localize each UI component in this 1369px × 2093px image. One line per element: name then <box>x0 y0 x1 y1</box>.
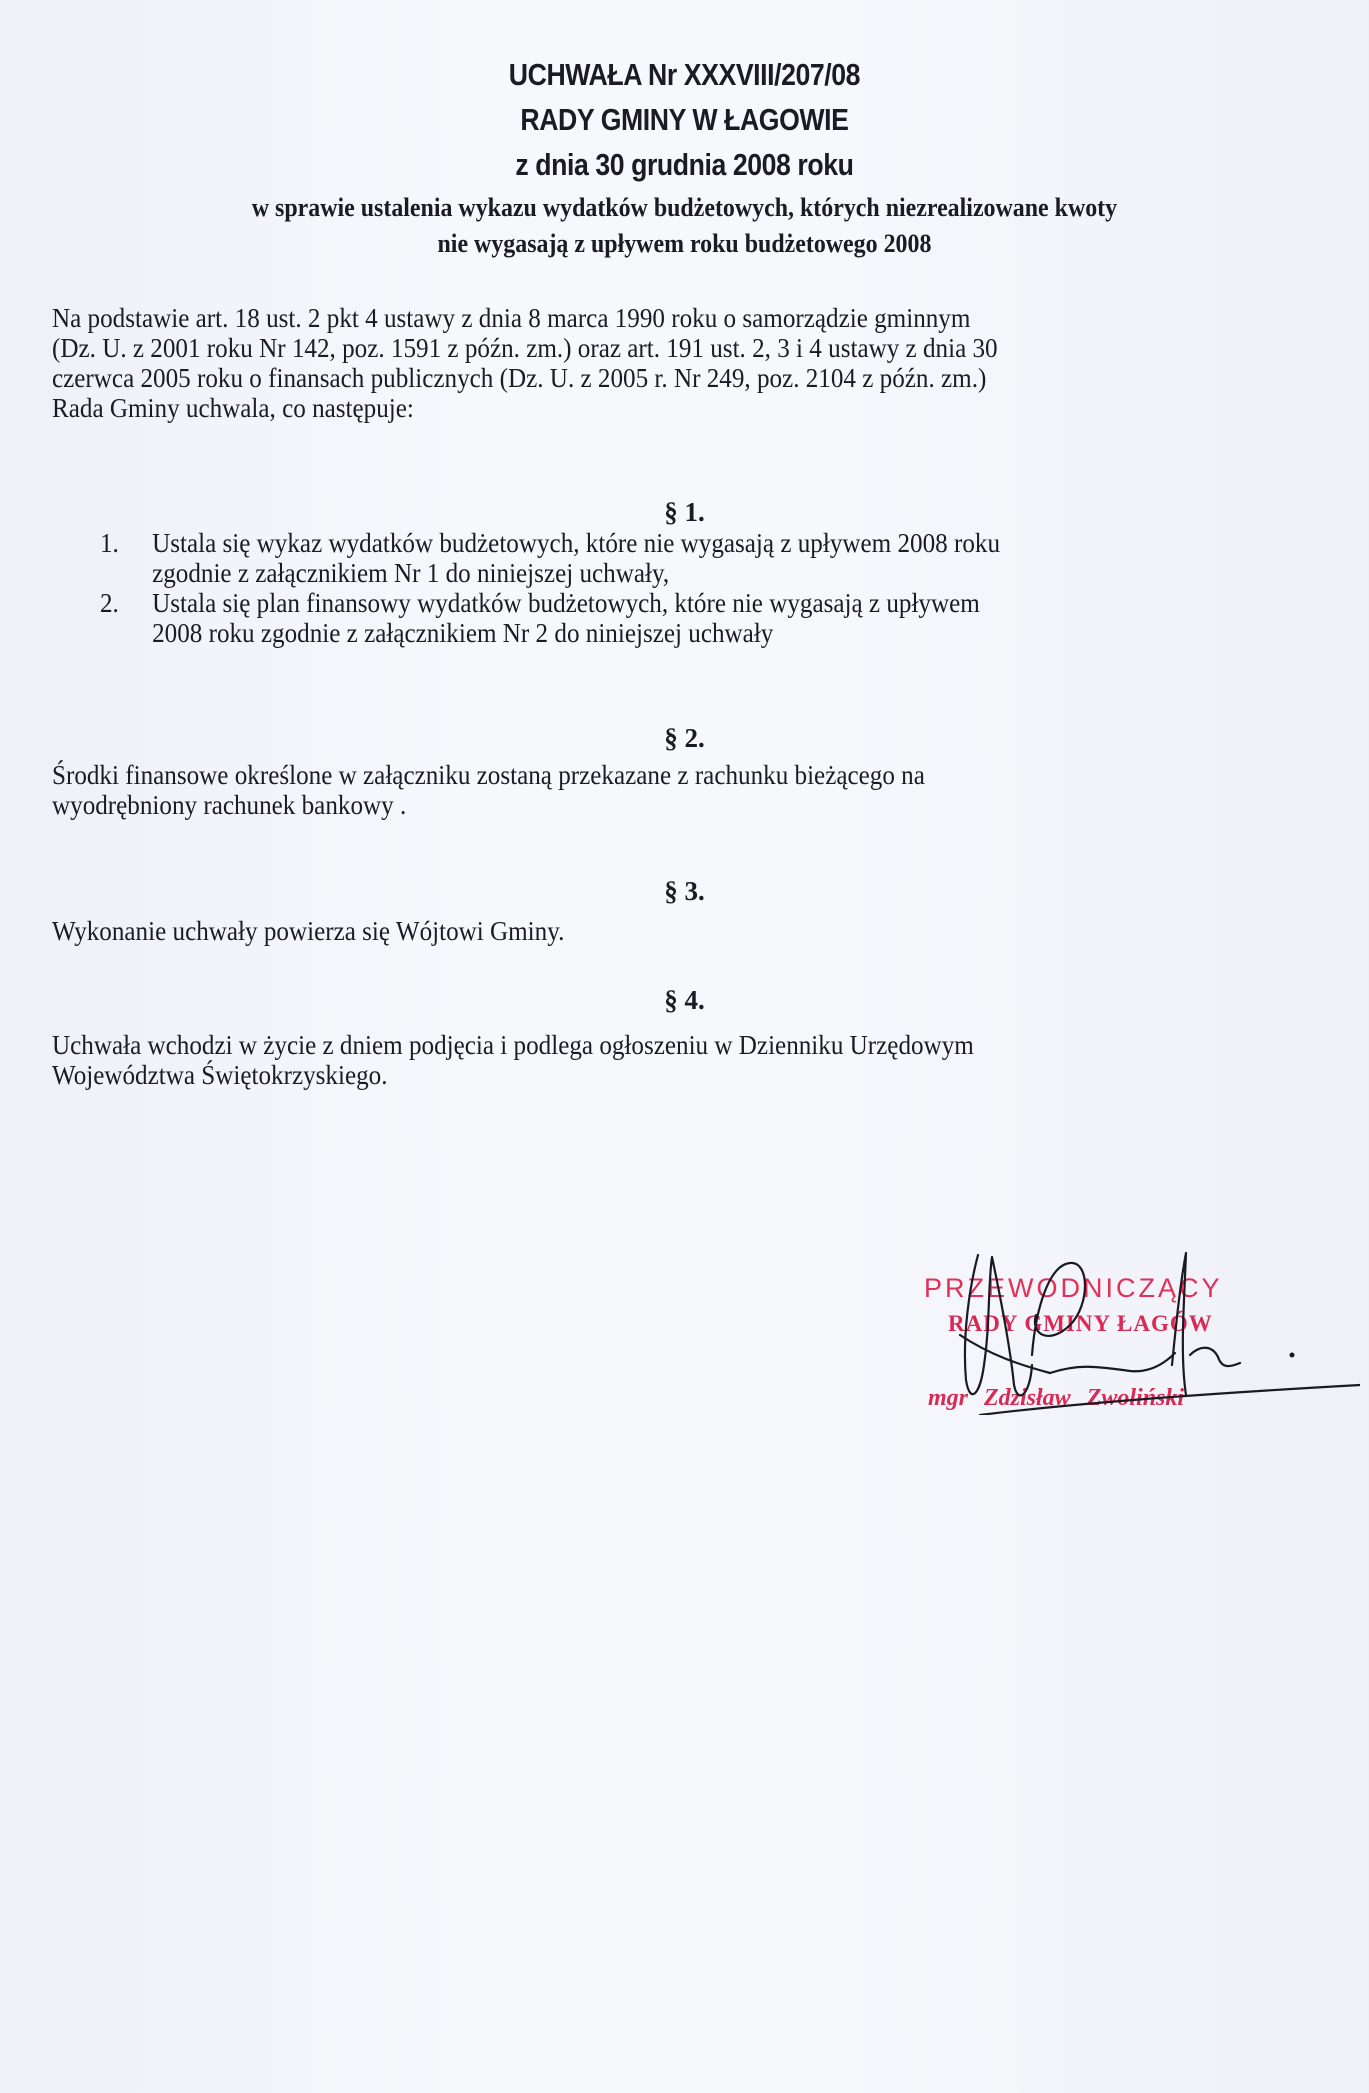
list-item-line: Ustala się wykaz wydatków budżetowych, k… <box>152 528 1253 558</box>
section-2-text: Środki finansowe określone w załączniku … <box>52 760 1261 820</box>
list-item-line: Ustala się plan finansowy wydatków budże… <box>152 588 1253 618</box>
section-1-list: 1. Ustala się wykaz wydatków budżetowych… <box>100 528 1253 648</box>
preamble-line: (Dz. U. z 2001 roku Nr 142, poz. 1591 z … <box>52 333 1261 363</box>
section-1-heading: § 1. <box>0 497 1369 527</box>
section-3-text: Wykonanie uchwały powierza się Wójtowi G… <box>52 916 1261 946</box>
resolution-date: z dnia 30 grudnia 2008 roku <box>96 142 1273 187</box>
list-item-number: 2. <box>100 588 119 618</box>
document-page: UCHWAŁA Nr XXXVIII/207/08 RADY GMINY W Ł… <box>0 0 1369 2093</box>
section-2-heading: § 2. <box>0 723 1369 753</box>
list-item: 2. Ustala się plan finansowy wydatków bu… <box>100 588 1253 648</box>
section-4-line: Uchwała wchodzi w życie z dniem podjęcia… <box>52 1030 1261 1060</box>
section-2-line: Środki finansowe określone w załączniku … <box>52 760 1261 790</box>
preamble-line: Rada Gminy uchwala, co następuje: <box>52 393 1261 423</box>
section-3-line: Wykonanie uchwały powierza się Wójtowi G… <box>52 916 1261 946</box>
section-4-text: Uchwała wchodzi w życie z dniem podjęcia… <box>52 1030 1261 1090</box>
preamble-line: czerwca 2005 roku o finansach publicznyc… <box>52 363 1261 393</box>
resolution-title: UCHWAŁA Nr XXXVIII/207/08 RADY GMINY W Ł… <box>96 52 1273 187</box>
section-4-heading: § 4. <box>0 985 1369 1015</box>
resolution-number: UCHWAŁA Nr XXXVIII/207/08 <box>96 52 1273 97</box>
section-3-heading: § 3. <box>0 876 1369 906</box>
preamble-line: Na podstawie art. 18 ust. 2 pkt 4 ustawy… <box>52 303 1261 333</box>
list-item-line: zgodnie z załącznikiem Nr 1 do niniejsze… <box>152 558 1253 588</box>
council-name: RADY GMINY W ŁAGOWIE <box>96 97 1273 142</box>
subject-line: nie wygasają z upływem roku budżetowego … <box>55 226 1314 262</box>
section-2-line: wyodrębniony rachunek bankowy . <box>52 790 1261 820</box>
subject-line: w sprawie ustalenia wykazu wydatków budż… <box>55 190 1314 226</box>
resolution-subject: w sprawie ustalenia wykazu wydatków budż… <box>55 190 1314 262</box>
list-item-number: 1. <box>100 528 119 558</box>
stamp-council: RADY GMINY ŁAGÓW <box>948 1311 1213 1337</box>
preamble: Na podstawie art. 18 ust. 2 pkt 4 ustawy… <box>52 303 1261 423</box>
stamp-name: mgr Zdzisław Zwoliński <box>928 1385 1184 1412</box>
list-item: 1. Ustala się wykaz wydatków budżetowych… <box>100 528 1253 588</box>
section-4-line: Województwa Świętokrzyskiego. <box>52 1060 1261 1090</box>
list-item-line: 2008 roku zgodnie z załącznikiem Nr 2 do… <box>152 618 1253 648</box>
chairman-stamp: PRZEWODNICZĄCY RADY GMINY ŁAGÓW mgr Zdzi… <box>900 1235 1340 1435</box>
stamp-title: PRZEWODNICZĄCY <box>924 1273 1223 1304</box>
